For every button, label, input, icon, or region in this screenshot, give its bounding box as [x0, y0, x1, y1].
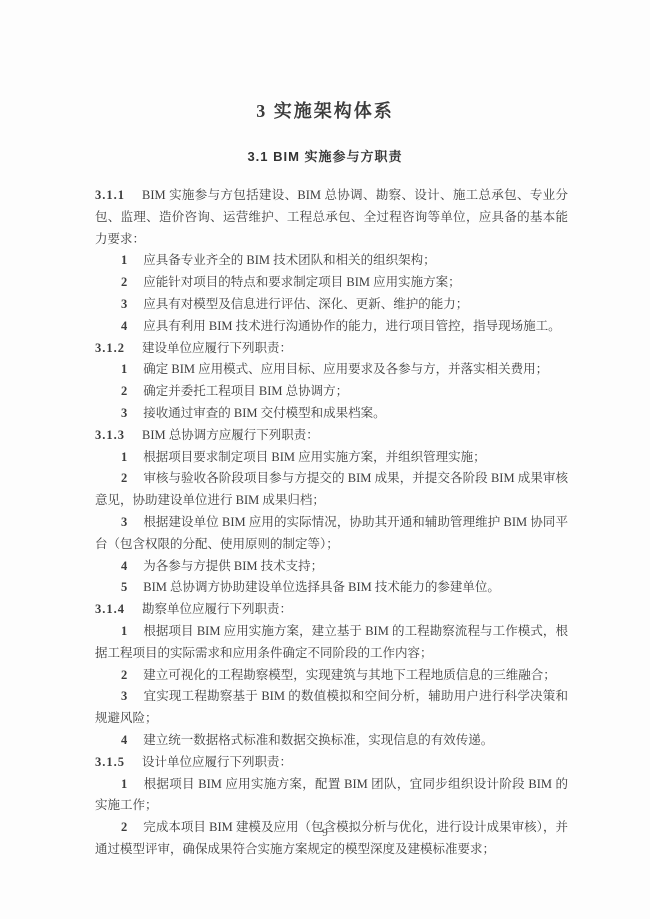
item-paragraph: 3应具有对模型及信息进行评估、深化、更新、维护的能力；: [95, 294, 568, 316]
paragraph-text: BIM 总协调方协助建设单位选择具备 BIM 技术能力的参建单位。: [143, 580, 500, 594]
paragraph-text: 确定 BIM 应用模式、应用目标、应用要求及各参与方，并落实相关费用；: [143, 362, 548, 376]
paragraph-number: 4: [121, 559, 127, 573]
paragraph-number: 3.1.4: [95, 602, 125, 616]
paragraph-number: 4: [121, 319, 127, 333]
clause-paragraph: 3.1.3BIM 总协调方应履行下列职责：: [95, 425, 568, 447]
item-paragraph: 3宜实现工程勘察基于 BIM 的数值模拟和空间分析，辅助用户进行科学决策和规避风…: [95, 686, 568, 730]
paragraph-text: 根据项目 BIM 应用实施方案，配置 BIM 团队，宜同步组织设计阶段 BIM …: [95, 777, 568, 813]
paragraph-number: 4: [121, 733, 127, 747]
item-paragraph: 2审核与验收各阶段项目参与方提交的 BIM 成果，并提交各阶段 BIM 成果审核…: [95, 468, 568, 512]
paragraph-text: 建立统一数据格式标准和数据交换标准，实现信息的有效传递。: [143, 733, 493, 747]
paragraph-text: 根据建设单位 BIM 应用的实际情况，协助其开通和辅助管理维护 BIM 协同平台…: [95, 515, 568, 551]
clause-paragraph: 3.1.2建设单位应履行下列职责：: [95, 338, 568, 360]
item-paragraph: 4建立统一数据格式标准和数据交换标准，实现信息的有效传递。: [95, 730, 568, 752]
paragraph-text: 建设单位应履行下列职责：: [142, 341, 292, 355]
paragraph-text: 确定并委托工程项目 BIM 总协调方；: [143, 384, 348, 398]
item-paragraph: 4为各参与方提供 BIM 技术支持；: [95, 556, 568, 578]
paragraph-number: 3: [121, 406, 127, 420]
paragraph-number: 1: [121, 253, 127, 267]
paragraph-number: 3: [121, 689, 127, 703]
paragraph-number: 3: [121, 297, 127, 311]
paragraph-text: BIM 实施参与方包括建设、BIM 总协调、勘察、设计、施工总承包、专业分包、监…: [95, 188, 568, 246]
paragraph-number: 2: [121, 384, 127, 398]
paragraph-text: BIM 总协调方应履行下列职责：: [142, 428, 319, 442]
paragraph-text: 应具有对模型及信息进行评估、深化、更新、维护的能力；: [143, 297, 468, 311]
item-paragraph: 1应具备专业齐全的 BIM 技术团队和相关的组织架构；: [95, 250, 568, 272]
paragraph-number: 3: [121, 515, 127, 529]
paragraph-text: 根据项目 BIM 应用实施方案，建立基于 BIM 的工程勘察流程与工作模式，根据…: [95, 624, 568, 660]
paragraph-text: 根据项目要求制定项目 BIM 应用实施方案，并组织管理实施；: [143, 450, 485, 464]
paragraph-number: 1: [121, 777, 127, 791]
paragraph-number: 1: [121, 362, 127, 376]
paragraph-number: 1: [121, 624, 127, 638]
item-paragraph: 3接收通过审查的 BIM 交付模型和成果档案。: [95, 403, 568, 425]
paragraph-text: 应能针对项目的特点和要求制定项目 BIM 应用实施方案；: [143, 275, 460, 289]
item-paragraph: 2确定并委托工程项目 BIM 总协调方；: [95, 381, 568, 403]
paragraph-number: 3.1.2: [95, 341, 125, 355]
item-paragraph: 2建立可视化的工程勘察模型，实现建筑与其地下工程地质信息的三维融合；: [95, 665, 568, 687]
item-paragraph: 1根据项目要求制定项目 BIM 应用实施方案，并组织管理实施；: [95, 447, 568, 469]
paragraph-number: 3.1.1: [95, 188, 125, 202]
item-paragraph: 1确定 BIM 应用模式、应用目标、应用要求及各参与方，并落实相关费用；: [95, 359, 568, 381]
item-paragraph: 3根据建设单位 BIM 应用的实际情况，协助其开通和辅助管理维护 BIM 协同平…: [95, 512, 568, 556]
paragraph-text: 为各参与方提供 BIM 技术支持；: [143, 559, 323, 573]
paragraph-number: 2: [121, 668, 127, 682]
clause-paragraph: 3.1.4勘察单位应履行下列职责：: [95, 599, 568, 621]
item-paragraph: 1根据项目 BIM 应用实施方案，建立基于 BIM 的工程勘察流程与工作模式，根…: [95, 621, 568, 665]
paragraph-text: 勘察单位应履行下列职责：: [142, 602, 292, 616]
paragraph-number: 2: [121, 275, 127, 289]
item-paragraph: 5BIM 总协调方协助建设单位选择具备 BIM 技术能力的参建单位。: [95, 577, 568, 599]
section-heading: 3.1 BIM 实施参与方职责: [0, 146, 650, 165]
clause-paragraph: 3.1.5设计单位应履行下列职责：: [95, 752, 568, 774]
paragraph-number: 3.1.3: [95, 428, 125, 442]
item-paragraph: 2应能针对项目的特点和要求制定项目 BIM 应用实施方案；: [95, 272, 568, 294]
paragraph-number: 1: [121, 450, 127, 464]
paragraph-text: 应具备专业齐全的 BIM 技术团队和相关的组织架构；: [143, 253, 435, 267]
document-title: 3 实施架构体系: [0, 97, 650, 123]
paragraph-text: 建立可视化的工程勘察模型，实现建筑与其地下工程地质信息的三维融合；: [143, 668, 556, 682]
clause-paragraph: 3.1.1BIM 实施参与方包括建设、BIM 总协调、勘察、设计、施工总承包、专…: [95, 185, 568, 250]
paragraph-text: 应具有利用 BIM 技术进行沟通协作的能力，进行项目管控，指导现场施工。: [143, 319, 560, 333]
document-page: 3 实施架构体系 3.1 BIM 实施参与方职责 3.1.1BIM 实施参与方包…: [0, 0, 650, 919]
paragraph-number: 5: [121, 580, 127, 594]
paragraph-text: 接收通过审查的 BIM 交付模型和成果档案。: [143, 406, 385, 420]
paragraph-number: 2: [121, 471, 127, 485]
page-number: 9: [0, 827, 650, 839]
item-paragraph: 4应具有利用 BIM 技术进行沟通协作的能力，进行项目管控，指导现场施工。: [95, 316, 568, 338]
item-paragraph: 1根据项目 BIM 应用实施方案，配置 BIM 团队，宜同步组织设计阶段 BIM…: [95, 774, 568, 818]
paragraph-text: 设计单位应履行下列职责：: [142, 755, 292, 769]
document-body: 3.1.1BIM 实施参与方包括建设、BIM 总协调、勘察、设计、施工总承包、专…: [95, 185, 568, 861]
paragraph-text: 宜实现工程勘察基于 BIM 的数值模拟和空间分析，辅助用户进行科学决策和规避风险…: [95, 689, 568, 725]
paragraph-number: 3.1.5: [95, 755, 125, 769]
paragraph-text: 审核与验收各阶段项目参与方提交的 BIM 成果，并提交各阶段 BIM 成果审核意…: [95, 471, 568, 507]
